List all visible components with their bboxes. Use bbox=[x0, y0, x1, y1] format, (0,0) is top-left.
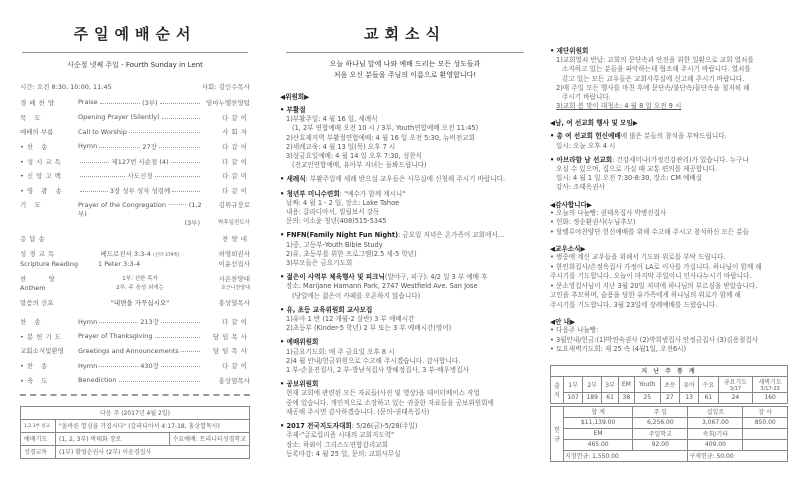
offering-cell bbox=[743, 439, 788, 450]
guide-list: • 다음주 나눔빵:• 3월안내/헌금:(1)박연숙권사 (2)박희범집사 안정… bbox=[550, 326, 788, 355]
news-item-line: 중에 있습니다. 개인적으로 소장하고 있는 귀중한 자료들을 공보위원회에 bbox=[280, 399, 530, 408]
order-leader: 다같이 bbox=[202, 157, 250, 166]
order-label: •찬 송 bbox=[20, 142, 78, 151]
order-center: 사도신경 bbox=[127, 171, 152, 180]
finance-committee-news: • 재단위원회1)교회열쇠 반납: 교회의 문단속과 안전을 위한 일환으로 교… bbox=[550, 47, 788, 111]
news-item-line: 갖고 있는 모든 교우들은 교회사무실에 신고해 주시기 바랍니다. bbox=[550, 75, 788, 84]
dashed-separator bbox=[20, 394, 250, 396]
order-row: •찬 송Hymn430장다같이 bbox=[20, 358, 250, 373]
section-guide: ◀안 내▶ bbox=[550, 316, 788, 326]
news-item: • 젊은이 사역부 체육행사 및 피크닉(발야구, 피구): 4/2 일 3 부… bbox=[280, 273, 530, 301]
order-center: 제127번 사순절 (4) bbox=[111, 157, 168, 166]
news-item-line: 내용: 갈라디아서, 빌립보서 강독 bbox=[280, 208, 530, 217]
order-leader: 사회자 bbox=[202, 127, 250, 136]
leader-dots bbox=[161, 322, 200, 323]
attendance-header: EM bbox=[618, 376, 634, 392]
offering-cell: 합 계 bbox=[564, 406, 633, 417]
attendance-header: 2부 bbox=[583, 376, 602, 392]
service-meta: 시간: 오전 8:30, 10:00, 11:45 사회: 김인수목사 bbox=[20, 82, 250, 91]
worship-order-title: 주일예배순서 bbox=[20, 25, 250, 44]
order-label: •영 광 송 bbox=[20, 186, 78, 195]
news-item-line: 문의: 이소윤 청년(408)515-5345 bbox=[280, 217, 530, 226]
news-item-line: 2)세례교육: 4 월 13 일(목) 오후 7 시 bbox=[280, 143, 530, 152]
leader-dots bbox=[172, 191, 200, 192]
scripture-row-en: Scripture Reading 1 Peter 3:3-4 이윤선집사 bbox=[20, 260, 250, 269]
committee-news-list: • 부활절1)부활주일: 4 월 16 일, 세례식(1, 2부 연합예배 오전… bbox=[280, 106, 530, 459]
thanks-list: • 오늘의 나눔빵: 권태옥집사 박병진집사• 헌화: 정순환권사(누님추모)•… bbox=[550, 209, 788, 238]
attendance-value: 107 bbox=[564, 392, 583, 403]
news-item-heading: • 2017 전국지도자대회: 5/26(금)-5/28(주일) bbox=[280, 422, 530, 431]
attendance-value: 61 bbox=[699, 392, 718, 403]
leader-dots bbox=[159, 147, 200, 148]
order-center: 3장 성부 성자 성령께 bbox=[110, 186, 171, 195]
order-english: Hymn bbox=[78, 142, 97, 150]
attendance-stats-table: 지 난 주 통 계 출석1부2부3부EMYouth초등유아수요금요기도3/17새… bbox=[550, 365, 788, 404]
news-item-inline: : 건강세미나(가정건강관리)가 있습니다. 누구나 bbox=[612, 156, 749, 164]
order-row: •찬 송Hymn27장다같이 bbox=[20, 139, 250, 154]
news-item-line: 등록마감: 4 월 25 일, 문의: 교회사무실 bbox=[280, 450, 530, 459]
leader-dots bbox=[181, 351, 200, 352]
news-item: • 공보위원회현재 교회에 관련된 모든 자료들(사진 및 영상)을 데이터베이… bbox=[280, 380, 530, 417]
offering-cell: 92.00 bbox=[633, 439, 688, 450]
church-news-column: 교회소식 오늘 하나님 앞에 나와 예배 드리는 모든 성도들과 처음 오신 분… bbox=[270, 0, 540, 486]
news-item: • 세례식: 부활주일에 세례 받으실 교우들은 사무실에 신청해 주시기 바랍… bbox=[280, 175, 530, 184]
leader-dots bbox=[171, 162, 200, 163]
news-item-inline: : 5/26(금)-5/28(주일) bbox=[352, 422, 418, 430]
news-item-heading: • FNFN(Family Night Fun Night): 금요일 저녁은 … bbox=[280, 231, 530, 240]
order-leader: 다같이 bbox=[202, 113, 250, 122]
order-english: Praise bbox=[78, 98, 98, 106]
offering-cell: 465.00 bbox=[564, 439, 633, 450]
bullet-line: • 한인희집사/손정옥집사 가정이 LA로 이사를 가십니다. 하나님이 함께 … bbox=[550, 263, 788, 273]
leader-dots bbox=[160, 103, 200, 104]
offering-cell bbox=[743, 428, 788, 439]
worship-order-list-2: 찬 송Hymn213장다같이•봉헌기도Prayer of Thanksgivin… bbox=[20, 314, 250, 387]
news-item-line: 1 부-손윤진집사, 2 부-방남석집사 방혜정집사, 3 부-배우병집사 bbox=[280, 366, 530, 375]
order-label: •성시교독 bbox=[20, 157, 78, 166]
news-item-line: 2)유, 초등부를 위한 프로그램(2.5 세-5 학년) bbox=[280, 250, 530, 259]
order-english: Benediction bbox=[78, 376, 117, 384]
attendance-header: 1부 bbox=[564, 376, 583, 392]
news-item-line: 강사: 조태옥권사 bbox=[550, 183, 788, 192]
order-row: •영 광 송3장 성부 성자 성령께다같이 bbox=[20, 183, 250, 198]
attendance-header: 3부 bbox=[602, 376, 619, 392]
bullet-line: • 병중에 계신 교우들을 위해서 기도와 위로를 부탁 드립니다. bbox=[550, 253, 788, 263]
news-item-line: 오실 수 있으며, 집으로 가실 때 교통 편의를 제공합니다. bbox=[550, 165, 788, 174]
news-item-inline: 에 많은 분들의 참석을 부탁드립니다. bbox=[621, 132, 727, 140]
service-host: 사회: 김인수목사 bbox=[202, 82, 250, 91]
news-item-title: • 젊은이 사역부 체육행사 및 피크닉 bbox=[280, 273, 385, 281]
bullet-line: 주시기를 기도합니다. 3월 23일에 장례예배를 드렸습니다. bbox=[550, 301, 788, 311]
order-detail: Hymn430장 bbox=[78, 361, 202, 370]
order-leader: 다같이 bbox=[202, 171, 250, 180]
leader-dots bbox=[99, 366, 138, 367]
news-item-line: (전교인연합예배, 유아부 자녀는 돌봐드립니다) bbox=[280, 161, 530, 170]
order-row: 찬 송Hymn213장다같이 bbox=[20, 314, 250, 329]
bullet-line: • 헌화: 정순환권사(누님추모) bbox=[550, 218, 788, 228]
attendance-value: 24 bbox=[718, 392, 753, 403]
news-item-heading: • 세례식: 부활주일에 세례 받으실 교우들은 사무실에 신청해 주시기 바랍… bbox=[280, 175, 530, 184]
news-item: • 예배위원회1)금요기도회: 매 주 금요일 오후 8 시2)4 월 안내/헌… bbox=[280, 338, 530, 375]
leader-dots bbox=[129, 132, 200, 133]
response-row: 응답송 찬양대 bbox=[20, 231, 250, 246]
offering-label: 헌금 bbox=[551, 406, 564, 461]
bullet-line: 고인을 추모하며, 슬픔을 당한 유가족에게 하나님의 위로가 함께 해 bbox=[550, 291, 788, 301]
order-detail: Praise(3부) bbox=[78, 98, 202, 107]
news-item-heading: • 재단위원회 bbox=[550, 47, 788, 56]
news-item-title: • 세례식 bbox=[280, 175, 306, 183]
news-item-title: • 유, 초등 교육위원회 교사모집 bbox=[280, 306, 372, 314]
order-row: 교회소식및환영Greetings and Announcements담임목사 bbox=[20, 344, 250, 359]
order-row: 예배의 부름Call to Worship사회자 bbox=[20, 124, 250, 139]
order-leader: 임마누엘찬양팀 bbox=[202, 98, 250, 107]
designated-offering: 지정헌금: 1,550.00 bbox=[564, 450, 688, 461]
welcome-message: 오늘 하나님 앞에 나와 예배 드리는 모든 성도들과 처음 오신 분들을 주님… bbox=[280, 59, 530, 81]
news-item-inline: : 금요일 저녁은 온가족이 교회에서... bbox=[398, 231, 504, 239]
worship-subtitle: 사순절 넷째 주일 - Fourth Sunday in Lent bbox=[20, 60, 250, 70]
attendance-header: 금요기도3/17 bbox=[718, 376, 753, 392]
leader-dots bbox=[162, 118, 200, 119]
leader-dots bbox=[80, 176, 125, 177]
news-item: • 부활절1)부활주일: 4 월 16 일, 세례식(1, 2부 연합예배 오전… bbox=[280, 106, 530, 170]
news-item-line: 2)매 주일 모든 행사를 마친 후에 문단속/불단속/물단속을 철저히 해 bbox=[550, 84, 788, 93]
offering-cell: $11,139.00 bbox=[564, 417, 633, 428]
order-row: •축 도Benediction홍상열목사 bbox=[20, 373, 250, 388]
offering-cell: 감 사 bbox=[743, 406, 788, 417]
order-leader: 다같이 bbox=[202, 186, 250, 195]
attendance-header: 초등 bbox=[660, 376, 679, 392]
worship-order-list: 경배찬양Praise(3부)임마누엘찬양팀묵 도Opening Prayer (… bbox=[20, 95, 250, 198]
order-detail: Call to Worship bbox=[78, 128, 202, 136]
news-item-inline: : "예수가 함께 계시니" bbox=[340, 190, 406, 198]
news-item-heading: • 부활절 bbox=[280, 106, 530, 115]
worship-order-column: 주일예배순서 사순절 넷째 주일 - Fourth Sunday in Lent… bbox=[0, 0, 270, 486]
offering-cell: EM bbox=[564, 428, 633, 439]
order-row: •성시교독제127번 사순절 (4)다같이 bbox=[20, 154, 250, 169]
order-label: 찬 송 bbox=[20, 317, 78, 326]
order-row: 묵 도Opening Prayer (Silently)다같이 bbox=[20, 110, 250, 125]
attendance-header: Youth bbox=[634, 376, 660, 392]
order-english: Hymn bbox=[78, 318, 97, 326]
order-center: (3부) bbox=[142, 98, 158, 107]
offering-cell: 속회/기타 bbox=[688, 428, 743, 439]
news-continued-column: • 재단위원회1)교회열쇠 반납: 교회의 문단속과 안전을 위한 일환으로 교… bbox=[540, 0, 800, 486]
offering-cell: 주 일 bbox=[633, 406, 688, 417]
order-english: Greetings and Announcements bbox=[78, 347, 179, 355]
leader-dots bbox=[100, 103, 140, 104]
order-leader: 담임목사 bbox=[202, 346, 250, 355]
news-item-line: 2)4 월 안내/헌금위원으로 수고해 주시겠습니다. 감사합니다. bbox=[280, 357, 530, 366]
section-thanks: ◀감사합니다▶ bbox=[550, 199, 788, 209]
title-divider bbox=[22, 52, 248, 53]
news-item-line: 3)교회 봄 맞이 대청소: 4 월 8 일 오전 9 시 bbox=[550, 102, 788, 111]
attendance-value: 38 bbox=[618, 392, 634, 403]
bullet-line: • 문소영집사님이 지난 3월 20일 저녁에 하나님의 부르심을 받았습니다. bbox=[550, 282, 788, 292]
news-item-line: (1, 2부 연합예배 오전 10 시 / 3부, Youth연합예배 오전 1… bbox=[280, 124, 530, 133]
attendance-header: 수요 bbox=[699, 376, 718, 392]
order-detail: Prayer of Thanksgiving bbox=[78, 332, 202, 340]
news-item-line: 일시: 오늘 오후 4 시 bbox=[550, 142, 788, 151]
leader-dots bbox=[119, 381, 200, 382]
order-detail: Hymn27장 bbox=[78, 142, 202, 151]
order-detail: Hymn213장 bbox=[78, 317, 202, 326]
news-item-line: 3)성금요일예배: 4 월 14 일 오후 7:30, 성찬식 bbox=[280, 152, 530, 161]
offering-cell: 409.00 bbox=[688, 439, 743, 450]
order-center: 430장 bbox=[140, 361, 159, 370]
news-item-line: 장소: 하와이 그리스도연합감리교회 bbox=[280, 441, 530, 450]
order-label: •신앙고백 bbox=[20, 171, 78, 180]
news-item-heading: • 총 여 선교회 헌신예배에 많은 분들의 참석을 부탁드립니다. bbox=[550, 132, 788, 141]
offering-stats-table: 헌금합 계주 일십일조감 사$11,139.006,256.003,067.00… bbox=[550, 406, 788, 462]
news-item-title: • 공보위원회 bbox=[280, 380, 318, 388]
next-week-table: 다음 주 (2017년 4월 2일) 1,2,3부 설교"올바른 열심을 가집시… bbox=[20, 406, 250, 459]
leader-dots bbox=[99, 322, 138, 323]
bullet-line: • 3월안내/헌금:(1)박연숙권사 (2)박희범집사 안정금집사 (3)김용철… bbox=[550, 336, 788, 346]
order-label: 경배찬양 bbox=[20, 98, 78, 107]
leader-dots bbox=[161, 366, 200, 367]
order-label: 묵 도 bbox=[20, 113, 78, 122]
anthem-row: 찬 양 1부: 선한 목자 시온찬양대 bbox=[20, 275, 250, 284]
bullet-line: • 토요새벽기도회: 제 25 속 (4월1일, 오전6시) bbox=[550, 345, 788, 355]
news-item: • 유, 초등 교육위원회 교사모집1)유아 1 반 (12 개월-2 살반) … bbox=[280, 306, 530, 334]
news-item-line: 2)산호제지역 부활절연합예배: 4 월 16 일 오전 5:30, 뉴비전교회 bbox=[280, 134, 530, 143]
order-leader: 다같이 bbox=[202, 317, 250, 326]
order-leader: 홍상열목사 bbox=[202, 376, 250, 385]
news-item: • FNFN(Family Night Fun Night): 금요일 저녁은 … bbox=[280, 231, 530, 268]
order-detail: Greetings and Announcements bbox=[78, 347, 202, 355]
sermon-row: 말씀의 선포 "내면을 가꾸십시오" 홍상열목사 bbox=[20, 296, 250, 311]
bullet-line: • 오늘의 나눔빵: 권태옥집사 박병진집사 bbox=[550, 209, 788, 219]
news-item-line: 1)유아 1 반 (12 개월-2 살반) 3 부 예배시간 bbox=[280, 315, 530, 324]
news-item-line: 주제-"글로컬리즘 시대의 교회지도력" bbox=[280, 431, 530, 440]
prayer-row: 기 도 Prayer of the Congregation ·········… bbox=[20, 201, 250, 219]
attendance-value: 13 bbox=[679, 392, 698, 403]
news-item-line: 3)부모들은 금요기도회 bbox=[280, 259, 530, 268]
attendance-header: 새벽기도3/17-23 bbox=[753, 376, 788, 392]
section-member-news: ◀교우소식▶ bbox=[550, 243, 788, 253]
order-center: 27장 bbox=[142, 142, 157, 151]
section-committee: ◀위원회▶ bbox=[280, 91, 530, 101]
bullet-line: 주시기를 기도합니다. 오늘이 마지막 주일이니 인사나누시기 바랍니다. bbox=[550, 272, 788, 282]
leader-dots bbox=[80, 162, 109, 163]
anthem-row-en: Anthem 2부: 주 음성 외에는 호산나찬양대 bbox=[20, 284, 250, 293]
order-detail: 3장 성부 성자 성령께 bbox=[78, 186, 202, 195]
order-label: •봉헌기도 bbox=[20, 332, 78, 341]
order-row: •신앙고백사도신경다같이 bbox=[20, 168, 250, 183]
scripture-row: 성경교독 베드로전서 3:3-4 (신약 379쪽) 허영희권사 bbox=[20, 250, 250, 260]
news-item-heading: • 아브라함 남 선교회: 건강세미나(가정건강관리)가 있습니다. 누구나 bbox=[550, 156, 788, 165]
news-item-inline: : 부활주일에 세례 받으실 교우들은 사무실에 신청해 주시기 바랍니다. bbox=[306, 175, 505, 183]
section-mission-groups: ◀남, 여 선교회 행사 및 모임▶ bbox=[550, 117, 788, 127]
order-english: Hymn bbox=[78, 362, 97, 370]
order-detail: 사도신경 bbox=[78, 171, 202, 180]
attendance-value: 160 bbox=[753, 392, 788, 403]
order-english: Opening Prayer (Silently) bbox=[78, 113, 160, 121]
news-item: • 2017 전국지도자대회: 5/26(금)-5/28(주일)주제-"글로컬리… bbox=[280, 422, 530, 459]
news-item-line: 주시기 바랍니다. bbox=[550, 93, 788, 102]
order-english: Prayer of Thanksgiving bbox=[78, 332, 153, 340]
member-news-list: • 병중에 계신 교우들을 위해서 기도와 위로를 부탁 드립니다.• 한인희집… bbox=[550, 253, 788, 310]
mission-group-news: • 총 여 선교회 헌신예배에 많은 분들의 참석을 부탁드립니다.일시: 오늘… bbox=[550, 132, 788, 192]
bullet-line: • 할렐루야찬양단 헌신예배를 위해 수고해 주시고 참석하신 모든 분들 bbox=[550, 228, 788, 238]
news-item-line: (당일에는 젊은이 카페를 오픈하지 않습니다) bbox=[280, 292, 530, 301]
order-center: 213장 bbox=[140, 317, 159, 326]
news-item: • 아브라함 남 선교회: 건강세미나(가정건강관리)가 있습니다. 누구나오실… bbox=[550, 156, 788, 193]
news-item-title: • 청년부 미니수련회 bbox=[280, 190, 340, 198]
news-item-heading: • 유, 초등 교육위원회 교사모집 bbox=[280, 306, 530, 315]
order-row: 경배찬양Praise(3부)임마누엘찬양팀 bbox=[20, 95, 250, 110]
order-label: •찬 송 bbox=[20, 361, 78, 370]
order-detail: Opening Prayer (Silently) bbox=[78, 113, 202, 121]
news-item-line: 2)초등부 (Kinder-5 학년) 2 부 또는 3 부 예배시간(영어) bbox=[280, 324, 530, 333]
news-item-title: • 부활절 bbox=[280, 106, 306, 114]
news-item-title: • 아브라함 남 선교회 bbox=[550, 156, 612, 164]
news-item-title: • 총 여 선교회 헌신예배 bbox=[550, 132, 621, 140]
news-item-line: 1)금요기도회: 매 주 금요일 오후 8 시 bbox=[280, 348, 530, 357]
offering-cell: 십일조 bbox=[688, 406, 743, 417]
news-item-title: • 2017 전국지도자대회 bbox=[280, 422, 352, 430]
attendance-value: 61 bbox=[602, 392, 619, 403]
leader-dots bbox=[155, 176, 200, 177]
relief-offering: 구제헌금: 50.00 bbox=[688, 450, 788, 461]
news-item: • 총 여 선교회 헌신예배에 많은 분들의 참석을 부탁드립니다.일시: 오늘… bbox=[550, 132, 788, 150]
service-time: 시간: 오전 8:30, 10:00, 11:45 bbox=[20, 82, 112, 91]
order-detail: 제127번 사순절 (4) bbox=[78, 157, 202, 166]
news-item-title: • 재단위원회 bbox=[550, 47, 588, 55]
news-item: • 청년부 미니수련회: "예수가 함께 계시니"날짜: 4 월 1 - 2 일… bbox=[280, 190, 530, 227]
news-item-heading: • 청년부 미니수련회: "예수가 함께 계시니" bbox=[280, 190, 530, 199]
offering-cell: 주일학교 bbox=[633, 428, 688, 439]
offering-cell: 850.00 bbox=[743, 417, 788, 428]
order-label: 교회소식및환영 bbox=[20, 346, 78, 355]
bullet-line: • 다음주 나눔빵: bbox=[550, 326, 788, 336]
news-item-line: 장소: Marijane Hamann Park, 2747 Westfield… bbox=[280, 282, 530, 291]
order-detail: Benediction bbox=[78, 376, 202, 384]
attendance-value: 189 bbox=[583, 392, 602, 403]
order-english: Call to Worship bbox=[78, 128, 127, 136]
news-item-title: • 예배위원회 bbox=[280, 338, 318, 346]
news-item-inline: (발야구, 피구): 4/2 일 3 부 예배 후 bbox=[385, 273, 488, 281]
attendance-value: 25 bbox=[634, 392, 660, 403]
news-item-line: 현재 교회에 관련된 모든 자료들(사진 및 영상)을 데이터베이스 작업 bbox=[280, 389, 530, 398]
leader-dots bbox=[155, 337, 200, 338]
order-label: •축 도 bbox=[20, 376, 78, 385]
news-item-heading: • 예배위원회 bbox=[280, 338, 530, 347]
news-item-line: 날짜: 4 월 1 - 2 일, 장소: Lake Tahoe bbox=[280, 199, 530, 208]
order-label: 예배의 부름 bbox=[20, 127, 78, 136]
news-item: • 재단위원회1)교회열쇠 반납: 교회의 문단속과 안전을 위한 일환으로 교… bbox=[550, 47, 788, 111]
attendance-value: 27 bbox=[660, 392, 679, 403]
prayer-row-2: (3부) 박후일전도사 bbox=[20, 219, 250, 228]
news-item-line: 1)중, 고등부-Youth Bible Study bbox=[280, 241, 530, 250]
order-leader: 다같이 bbox=[202, 361, 250, 370]
order-leader: 다같이 bbox=[202, 142, 250, 151]
offering-cell: 3,067.00 bbox=[688, 417, 743, 428]
leader-dots bbox=[80, 191, 108, 192]
leader-dots bbox=[99, 147, 140, 148]
church-news-title: 교회소식 bbox=[280, 25, 530, 44]
attendance-header: 유아 bbox=[679, 376, 698, 392]
order-row: •봉헌기도Prayer of Thanksgiving담임목사 bbox=[20, 329, 250, 344]
news-item-title: • FNFN(Family Night Fun Night) bbox=[280, 231, 398, 239]
offering-cell: 6,256.00 bbox=[633, 417, 688, 428]
news-item-line: 소지하고 있는 분들을 파악하는데 협조해 주시기 바랍니다. 열쇠를 bbox=[550, 65, 788, 74]
news-item-line: 제공해 주시면 감사하겠습니다. (문의-권태옥집사) bbox=[280, 408, 530, 417]
title-divider bbox=[286, 52, 524, 53]
order-leader: 담임목사 bbox=[202, 332, 250, 341]
